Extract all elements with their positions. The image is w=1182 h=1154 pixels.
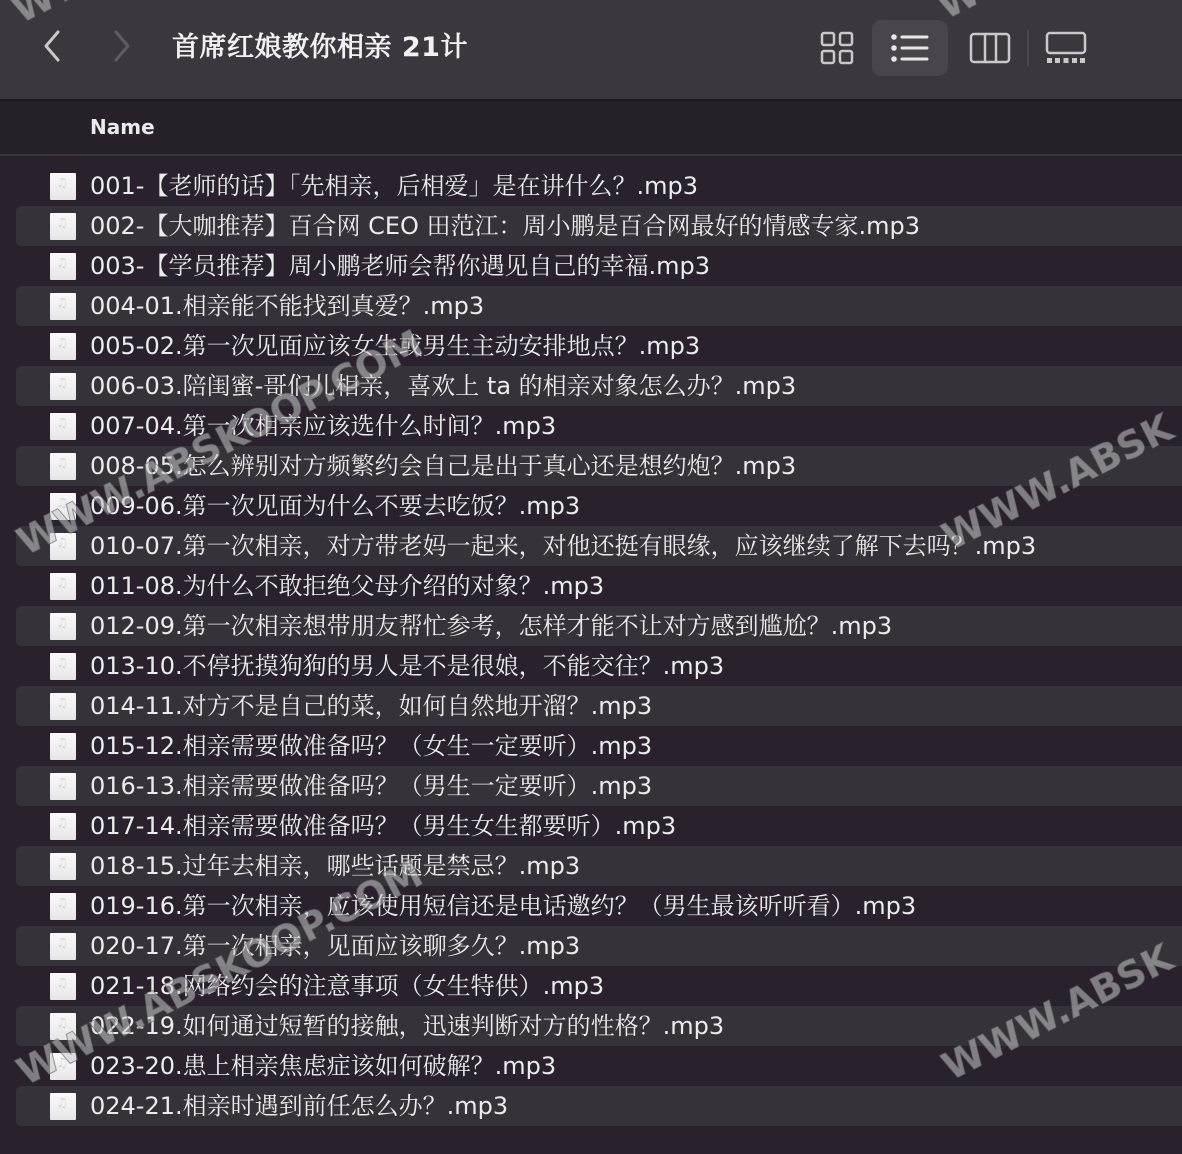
file-name: 007-04.第一次相亲应该选什么时间？.mp3 bbox=[90, 406, 556, 446]
audio-file-icon bbox=[50, 973, 76, 1000]
file-name: 001-【老师的话】「先相亲，后相爱」是在讲什么？.mp3 bbox=[90, 166, 698, 206]
file-row[interactable]: 006-03.陪闺蜜-哥们儿相亲，喜欢上 ta 的相亲对象怎么办？.mp3 bbox=[16, 366, 1182, 406]
file-name: 004-01.相亲能不能找到真爱？.mp3 bbox=[90, 286, 484, 326]
file-name: 012-09.第一次相亲想带朋友帮忙参考，怎样才能不让对方感到尴尬？.mp3 bbox=[90, 606, 892, 646]
name-column-header[interactable]: Name bbox=[90, 101, 155, 154]
file-row[interactable]: 019-16.第一次相亲，应该使用短信还是电话邀约？（男生最该听听看）.mp3 bbox=[16, 886, 1182, 926]
file-row[interactable]: 013-10.不停抚摸狗狗的男人是不是很娘，不能交往？.mp3 bbox=[16, 646, 1182, 686]
file-name: 016-13.相亲需要做准备吗？（男生一定要听）.mp3 bbox=[90, 766, 652, 806]
file-name: 020-17.第一次相亲，见面应该聊多久？.mp3 bbox=[90, 926, 580, 966]
column-view-button[interactable] bbox=[952, 20, 1028, 76]
audio-file-icon bbox=[50, 213, 76, 240]
audio-file-icon bbox=[50, 853, 76, 880]
file-row[interactable]: 011-08.为什么不敢拒绝父母介绍的对象？.mp3 bbox=[16, 566, 1182, 606]
file-row[interactable]: 014-11.对方不是自己的菜，如何自然地开溜？.mp3 bbox=[16, 686, 1182, 726]
file-row[interactable]: 001-【老师的话】「先相亲，后相爱」是在讲什么？.mp3 bbox=[16, 166, 1182, 206]
file-name: 010-07.第一次相亲，对方带老妈一起来，对他还挺有眼缘，应该继续了解下去吗？… bbox=[90, 526, 1036, 566]
audio-file-icon bbox=[50, 933, 76, 960]
audio-file-icon bbox=[50, 533, 76, 560]
audio-file-icon bbox=[50, 693, 76, 720]
file-name: 011-08.为什么不敢拒绝父母介绍的对象？.mp3 bbox=[90, 566, 604, 606]
file-row[interactable]: 021-18.网络约会的注意事项（女生特供）.mp3 bbox=[16, 966, 1182, 1006]
file-row[interactable]: 008-05.怎么辨别对方频繁约会自己是出于真心还是想约炮？.mp3 bbox=[16, 446, 1182, 486]
gallery-icon bbox=[1045, 31, 1087, 65]
file-row[interactable]: 012-09.第一次相亲想带朋友帮忙参考，怎样才能不让对方感到尴尬？.mp3 bbox=[16, 606, 1182, 646]
file-name: 015-12.相亲需要做准备吗？（女生一定要听）.mp3 bbox=[90, 726, 652, 766]
audio-file-icon bbox=[50, 653, 76, 680]
gallery-view-button[interactable] bbox=[1028, 20, 1104, 76]
file-row[interactable]: 023-20.患上相亲焦虑症该如何破解？.mp3 bbox=[16, 1046, 1182, 1086]
file-name: 024-21.相亲时遇到前任怎么办？.mp3 bbox=[90, 1086, 508, 1126]
audio-file-icon bbox=[50, 573, 76, 600]
file-name: 021-18.网络约会的注意事项（女生特供）.mp3 bbox=[90, 966, 604, 1006]
file-row[interactable]: 016-13.相亲需要做准备吗？（男生一定要听）.mp3 bbox=[16, 766, 1182, 806]
file-row[interactable]: 015-12.相亲需要做准备吗？（女生一定要听）.mp3 bbox=[16, 726, 1182, 766]
file-row[interactable]: 007-04.第一次相亲应该选什么时间？.mp3 bbox=[16, 406, 1182, 446]
file-row[interactable]: 002-【大咖推荐】百合网 CEO 田范江：周小鹏是百合网最好的情感专家.mp3 bbox=[16, 206, 1182, 246]
finder-toolbar: 首席红娘教你相亲 21计 bbox=[0, 0, 1182, 101]
audio-file-icon bbox=[50, 493, 76, 520]
file-name: 022-19.如何通过短暂的接触，迅速判断对方的性格？.mp3 bbox=[90, 1006, 724, 1046]
chevron-right-icon bbox=[111, 28, 133, 64]
file-row[interactable]: 020-17.第一次相亲，见面应该聊多久？.mp3 bbox=[16, 926, 1182, 966]
file-name: 003-【学员推荐】周小鹏老师会帮你遇见自己的幸福.mp3 bbox=[90, 246, 710, 286]
audio-file-icon bbox=[50, 813, 76, 840]
chevron-left-icon bbox=[41, 28, 63, 64]
list-icon bbox=[890, 32, 930, 64]
file-name: 009-06.第一次见面为什么不要去吃饭？.mp3 bbox=[90, 486, 580, 526]
file-name: 006-03.陪闺蜜-哥们儿相亲，喜欢上 ta 的相亲对象怎么办？.mp3 bbox=[90, 366, 796, 406]
audio-file-icon bbox=[50, 773, 76, 800]
audio-file-icon bbox=[50, 253, 76, 280]
file-row[interactable]: 004-01.相亲能不能找到真爱？.mp3 bbox=[16, 286, 1182, 326]
file-name: 014-11.对方不是自己的菜，如何自然地开溜？.mp3 bbox=[90, 686, 652, 726]
column-header-row: Name bbox=[0, 101, 1182, 156]
audio-file-icon bbox=[50, 893, 76, 920]
list-view-button[interactable] bbox=[872, 20, 948, 76]
file-name: 013-10.不停抚摸狗狗的男人是不是很娘，不能交往？.mp3 bbox=[90, 646, 724, 686]
file-row[interactable]: 009-06.第一次见面为什么不要去吃饭？.mp3 bbox=[16, 486, 1182, 526]
grid-icon bbox=[820, 31, 854, 65]
audio-file-icon bbox=[50, 173, 76, 200]
file-row[interactable]: 024-21.相亲时遇到前任怎么办？.mp3 bbox=[16, 1086, 1182, 1126]
file-name: 019-16.第一次相亲，应该使用短信还是电话邀约？（男生最该听听看）.mp3 bbox=[90, 886, 916, 926]
file-list: 001-【老师的话】「先相亲，后相爱」是在讲什么？.mp3002-【大咖推荐】百… bbox=[0, 166, 1182, 1126]
audio-file-icon bbox=[50, 373, 76, 400]
columns-icon bbox=[969, 32, 1011, 64]
audio-file-icon bbox=[50, 413, 76, 440]
audio-file-icon bbox=[50, 293, 76, 320]
audio-file-icon bbox=[50, 733, 76, 760]
file-name: 005-02.第一次见面应该女生或男生主动安排地点？.mp3 bbox=[90, 326, 700, 366]
icon-view-button[interactable] bbox=[799, 20, 875, 76]
audio-file-icon bbox=[50, 1093, 76, 1120]
file-name: 008-05.怎么辨别对方频繁约会自己是出于真心还是想约炮？.mp3 bbox=[90, 446, 796, 486]
file-name: 018-15.过年去相亲，哪些话题是禁忌？.mp3 bbox=[90, 846, 580, 886]
audio-file-icon bbox=[50, 333, 76, 360]
file-name: 017-14.相亲需要做准备吗？（男生女生都要听）.mp3 bbox=[90, 806, 676, 846]
file-row[interactable]: 005-02.第一次见面应该女生或男生主动安排地点？.mp3 bbox=[16, 326, 1182, 366]
file-row[interactable]: 022-19.如何通过短暂的接触，迅速判断对方的性格？.mp3 bbox=[16, 1006, 1182, 1046]
file-row[interactable]: 003-【学员推荐】周小鹏老师会帮你遇见自己的幸福.mp3 bbox=[16, 246, 1182, 286]
audio-file-icon bbox=[50, 613, 76, 640]
back-button[interactable] bbox=[32, 26, 72, 66]
audio-file-icon bbox=[50, 453, 76, 480]
file-name: 002-【大咖推荐】百合网 CEO 田范江：周小鹏是百合网最好的情感专家.mp3 bbox=[90, 206, 920, 246]
file-row[interactable]: 018-15.过年去相亲，哪些话题是禁忌？.mp3 bbox=[16, 846, 1182, 886]
file-row[interactable]: 017-14.相亲需要做准备吗？（男生女生都要听）.mp3 bbox=[16, 806, 1182, 846]
window-title: 首席红娘教你相亲 21计 bbox=[172, 26, 468, 70]
file-name: 023-20.患上相亲焦虑症该如何破解？.mp3 bbox=[90, 1046, 556, 1086]
forward-button[interactable] bbox=[102, 26, 142, 66]
audio-file-icon bbox=[50, 1013, 76, 1040]
file-row[interactable]: 010-07.第一次相亲，对方带老妈一起来，对他还挺有眼缘，应该继续了解下去吗？… bbox=[16, 526, 1182, 566]
audio-file-icon bbox=[50, 1053, 76, 1080]
